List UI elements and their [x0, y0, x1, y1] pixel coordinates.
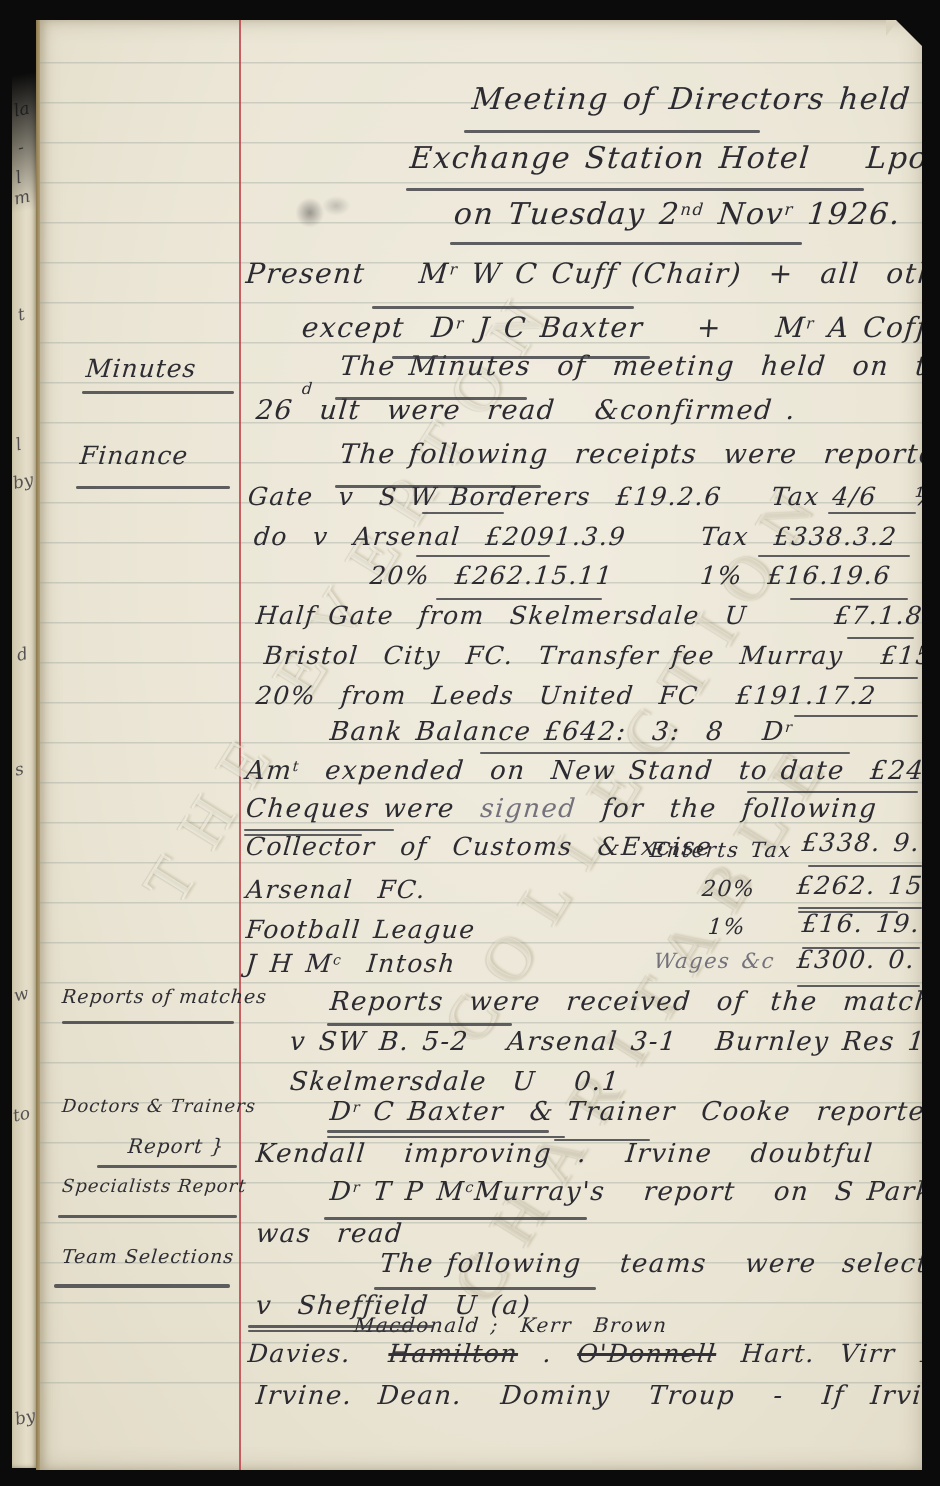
page-edge-fragment: t: [16, 305, 27, 326]
handwritten-line: except Dr J C Baxter + Mr A Coffey: [301, 311, 922, 344]
text-run: 1926.: [792, 197, 902, 232]
handwritten-line: Football League: [245, 915, 477, 944]
ink-underline: [554, 1139, 650, 1141]
page-edge-fragment: by: [11, 470, 35, 494]
ink-underline: [436, 598, 602, 600]
text-run: J C Baxter + M: [463, 311, 807, 344]
text-run: Present M: [245, 257, 451, 290]
text-run: Enterts Tax: [649, 838, 793, 862]
page-edge-fragment: s: [13, 759, 26, 780]
handwritten-line: Skelmersdale U 0.1: [289, 1067, 622, 1097]
handwritten-line: was read: [255, 1219, 405, 1249]
text-run: Bristol City FC. Transfer fee Murray £15…: [263, 641, 922, 670]
handwritten-line: Exchange Station Hotel Lpool: [408, 141, 922, 176]
ink-underline: [422, 512, 504, 514]
ink-underline: [747, 791, 918, 793]
ink-underline: [794, 715, 918, 717]
text-run: Kendall improving . Irvine doubtful: [255, 1139, 875, 1169]
dog-ear: [896, 20, 922, 46]
handwritten-line: Davies. Hamilton . O'Donnell Hart. Virr …: [247, 1339, 922, 1368]
text-run: W C Cuff (Chair) + all other Directors: [457, 257, 922, 290]
margin-heading: Minutes: [85, 354, 198, 383]
ink-underline: [480, 752, 850, 754]
ink-underline: [790, 598, 908, 600]
handwritten-line: Irvine. Dean. Dominy Troup - If Irvine u…: [255, 1381, 922, 1411]
handwritten-line: Amt expended on New Stand to date £24579…: [245, 756, 922, 786]
ink-underline: [248, 1325, 434, 1328]
text-run: expended on New Stand to date £24579:18:…: [298, 756, 922, 786]
page-edge-fragment: w: [12, 984, 30, 1007]
text-run: 1%: [707, 915, 747, 940]
text-run: v SW B. 5-2 Arsenal 3-1 Burnley Res 1.1 …: [289, 1027, 922, 1057]
handwritten-line: Arsenal FC.: [245, 875, 428, 904]
text-run: 20%: [701, 877, 757, 902]
ink-underline: [450, 242, 802, 245]
handwritten-line: Bristol City FC. Transfer fee Murray £15…: [263, 641, 922, 670]
ink-underline: [374, 1287, 596, 1290]
text-run: Wages &c: [653, 949, 776, 973]
page-edge-fragment: by: [13, 1406, 37, 1430]
margin-heading: Finance: [79, 441, 190, 470]
ink-underline: [808, 865, 922, 867]
text-run: on Tuesday 2: [452, 197, 681, 232]
handwritten-line: The following teams were selected: [379, 1249, 922, 1279]
ink-underline: [854, 677, 918, 679]
handwritten-line: on Tuesday 2nd Novr 1926.: [452, 197, 902, 232]
handwritten-line: Half Gate from Skelmersdale U £7.1.8: [255, 601, 922, 630]
ink-underline: [327, 1130, 549, 1133]
ink-underline: [372, 306, 634, 309]
text-run: T P M: [359, 1177, 466, 1207]
text-run: Skelmersdale U 0.1: [289, 1067, 622, 1097]
handwritten-line: Dr T P McMurray's report on S Parker: [329, 1177, 922, 1207]
handwritten-line: £262. 15. 11: [796, 871, 922, 900]
handwritten-line: The following receipts were reported: [339, 439, 922, 470]
text-run: was read: [255, 1219, 405, 1249]
page-edge-fragment: d: [15, 644, 30, 666]
ink-underline: [244, 829, 394, 831]
ink-underline: [324, 1217, 587, 1220]
text-run: Football League: [245, 915, 477, 944]
text-run: D: [329, 1177, 354, 1207]
ink-underline: [464, 130, 760, 133]
text-run: Collector of Customs &Excise: [245, 832, 714, 861]
handwritten-line: 1%: [707, 915, 747, 940]
ink-underline: [802, 947, 920, 949]
margin-heading: Report }: [127, 1134, 226, 1158]
margin-heading: Doctors & Trainers: [61, 1096, 257, 1117]
ink-underline: [798, 911, 898, 913]
text-run: J H M: [245, 949, 334, 978]
handwritten-line: £300. 0. 0: [796, 945, 922, 974]
ink-underline: [327, 1023, 512, 1026]
ink-underline: [248, 1330, 414, 1332]
ink-smudge: [290, 192, 356, 238]
margin-heading: Specialists Report: [61, 1176, 247, 1197]
text-run: 20% £262.15.11 1% £16.19.6: [369, 561, 893, 590]
text-run: Davies.: [247, 1339, 390, 1368]
ink-underline: [828, 512, 916, 514]
text-run: Am: [245, 756, 294, 786]
text-run: Intosh: [341, 949, 457, 978]
ink-underline: [847, 637, 914, 639]
ink-underline: [758, 555, 910, 557]
handwritten-line: Kendall improving . Irvine doubtful: [255, 1139, 875, 1169]
text-run: £16. 19. 6: [801, 909, 922, 938]
text-run: Exchange Station Hotel Lpool: [408, 141, 922, 176]
text-run: Meeting of Directors held at: [470, 82, 922, 117]
ink-underline: [82, 391, 234, 394]
text-run: D: [329, 1097, 354, 1127]
handwritten-line: Meeting of Directors held at: [470, 82, 922, 117]
handwritten-line: Wages &c: [653, 949, 776, 973]
handwritten-line: do v Arsenal £2091.3.9 Tax £338.3.2: [253, 522, 899, 551]
handwritten-line: Bank Balance £642: 3: 8 Dr: [329, 717, 795, 747]
text-run: Hamilton: [387, 1339, 519, 1368]
ink-underline: [62, 1021, 234, 1024]
handwritten-line: Reports were received of the matches: [329, 987, 922, 1017]
text-run: .: [517, 1339, 579, 1368]
ink-underline: [76, 486, 230, 489]
page-edge-fragment: l: [14, 435, 23, 456]
text-run: C Baxter & Trainer Cooke reported.: [359, 1097, 922, 1127]
text-run: Murray's report on S Parker: [473, 1177, 922, 1207]
text-run: nd: [680, 200, 706, 219]
ink-underline: [416, 555, 550, 557]
text-run: Nov: [703, 197, 786, 232]
handwritten-line: 20%: [701, 877, 757, 902]
notebook-page: THE EVERTON COLLECTION CHARITABLE Minute…: [40, 20, 922, 1470]
handwritten-line: Dr C Baxter & Trainer Cooke reported.: [329, 1097, 922, 1127]
handwritten-line: v SW B. 5-2 Arsenal 3-1 Burnley Res 1.1 …: [289, 1027, 922, 1057]
text-run: Arsenal FC.: [245, 875, 428, 904]
ink-underline: [335, 485, 541, 488]
text-run: r: [784, 720, 794, 736]
handwritten-line: 20% £262.15.11 1% £16.19.6: [369, 561, 893, 590]
text-run: The following receipts were reported: [339, 439, 922, 470]
text-run: 20% from Leeds United FC £191.17.2: [255, 681, 878, 710]
handwritten-line: 20% from Leeds United FC £191.17.2: [255, 681, 878, 710]
margin-heading: Team Selections: [61, 1246, 235, 1268]
text-run: except D: [301, 311, 457, 344]
text-run: £338. 9. 0: [801, 828, 922, 857]
text-run: O'Donnell: [576, 1339, 717, 1368]
handwritten-line: Present Mr W C Cuff (Chair) + all other …: [245, 257, 922, 290]
text-run: for the following: [575, 794, 879, 824]
ink-underline: [97, 1165, 237, 1168]
ink-underline: [797, 985, 920, 987]
page-edge-fragment: to: [11, 1103, 32, 1126]
handwritten-line: J H Mc Intosh: [245, 949, 457, 978]
handwritten-line: Enterts Tax: [649, 838, 793, 862]
text-run: The following teams were selected: [379, 1249, 922, 1279]
text-run: Half Gate from Skelmersdale U £7.1.8: [255, 601, 922, 630]
ink-underline: [327, 1136, 565, 1138]
margin-heading: Reports of matches: [61, 986, 268, 1008]
ink-underline: [406, 188, 864, 191]
handwritten-line: Cheques were signed for the following: [245, 794, 879, 824]
ink-underline: [54, 1284, 230, 1288]
ink-underline: [58, 1215, 237, 1218]
handwritten-line: £16. 19. 6: [801, 909, 922, 938]
text-run: Cheques were: [245, 794, 482, 824]
ink-underline: [244, 834, 362, 836]
text-run: Irvine. Dean. Dominy Troup - If Irvine: [255, 1381, 922, 1411]
ink-underline: [335, 397, 527, 400]
text-run: £300. 0. 0: [796, 945, 922, 974]
text-run: Bank Balance £642: 3: 8 D: [329, 717, 786, 747]
text-run: A Coffey: [813, 311, 922, 344]
handwritten-line: £338. 9. 0: [801, 828, 922, 857]
text-run: do v Arsenal £2091.3.9 Tax £338.3.2: [253, 522, 899, 551]
ink-underline: [392, 356, 650, 359]
text-run: £262. 15. 11: [796, 871, 922, 900]
text-run: Hart. Virr Milling: [715, 1339, 922, 1368]
handwritten-line: Collector of Customs &Excise: [245, 832, 714, 861]
text-run: Reports were received of the matches: [329, 987, 922, 1017]
ink-underline: [798, 907, 922, 909]
text-run: signed: [479, 794, 578, 824]
